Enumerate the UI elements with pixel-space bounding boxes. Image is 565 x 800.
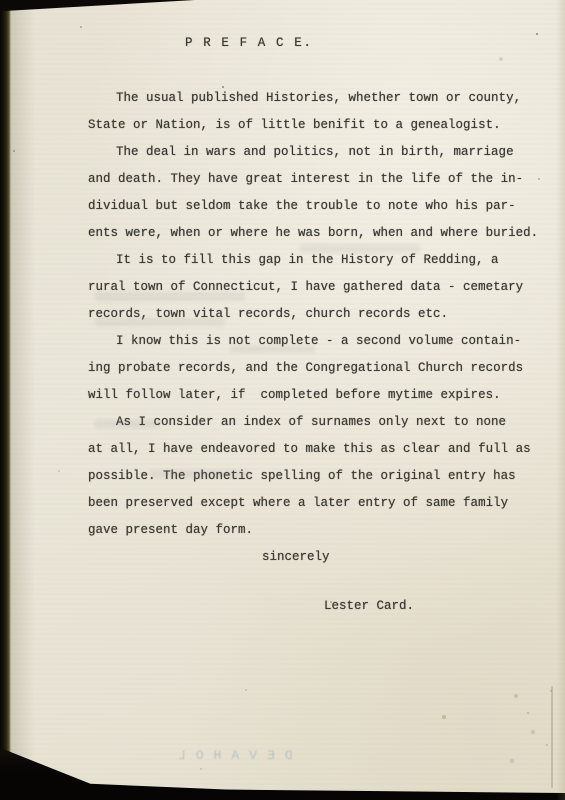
- ghost-bleed-mark: [300, 244, 420, 253]
- typed-line: been preserved except where a later entr…: [88, 490, 538, 517]
- scanned-page-photo: P R E F A C E. The usual published Histo…: [0, 0, 565, 800]
- closing-salutation: sincerely: [262, 547, 330, 567]
- binding-shadow: [9, 0, 35, 764]
- author-signature: Lester Card.: [324, 596, 414, 616]
- ghost-bleed-mark: [150, 470, 250, 478]
- typed-line: The deal in wars and politics, not in bi…: [88, 139, 538, 166]
- page-edge-line: [551, 686, 553, 788]
- page-title: P R E F A C E.: [185, 36, 312, 50]
- typed-line: State or Nation, is of little benifit to…: [88, 112, 538, 139]
- typed-line: dividual but seldom take the trouble to …: [88, 193, 538, 220]
- mirrored-bleed-through-text: DEVAHOL: [168, 748, 293, 763]
- typed-line: will follow later, if completed before m…: [88, 382, 538, 409]
- typed-line: ing probate records, and the Congregatio…: [88, 355, 538, 382]
- ghost-bleed-mark: [230, 345, 315, 353]
- ghost-bleed-mark: [95, 420, 160, 428]
- ghost-bleed-mark: [95, 318, 225, 326]
- typed-line: at all, I have endeavored to make this a…: [88, 436, 538, 463]
- typed-line: The usual published Histories, whether t…: [88, 85, 538, 112]
- page-edge-right: [556, 0, 565, 800]
- typed-line: ents were, when or where he was born, wh…: [88, 220, 538, 247]
- ghost-bleed-mark: [95, 292, 245, 301]
- typed-line: and death. They have great interest in t…: [88, 166, 538, 193]
- typed-line: gave present day form.: [88, 517, 538, 544]
- binding-edge-left: [0, 0, 11, 756]
